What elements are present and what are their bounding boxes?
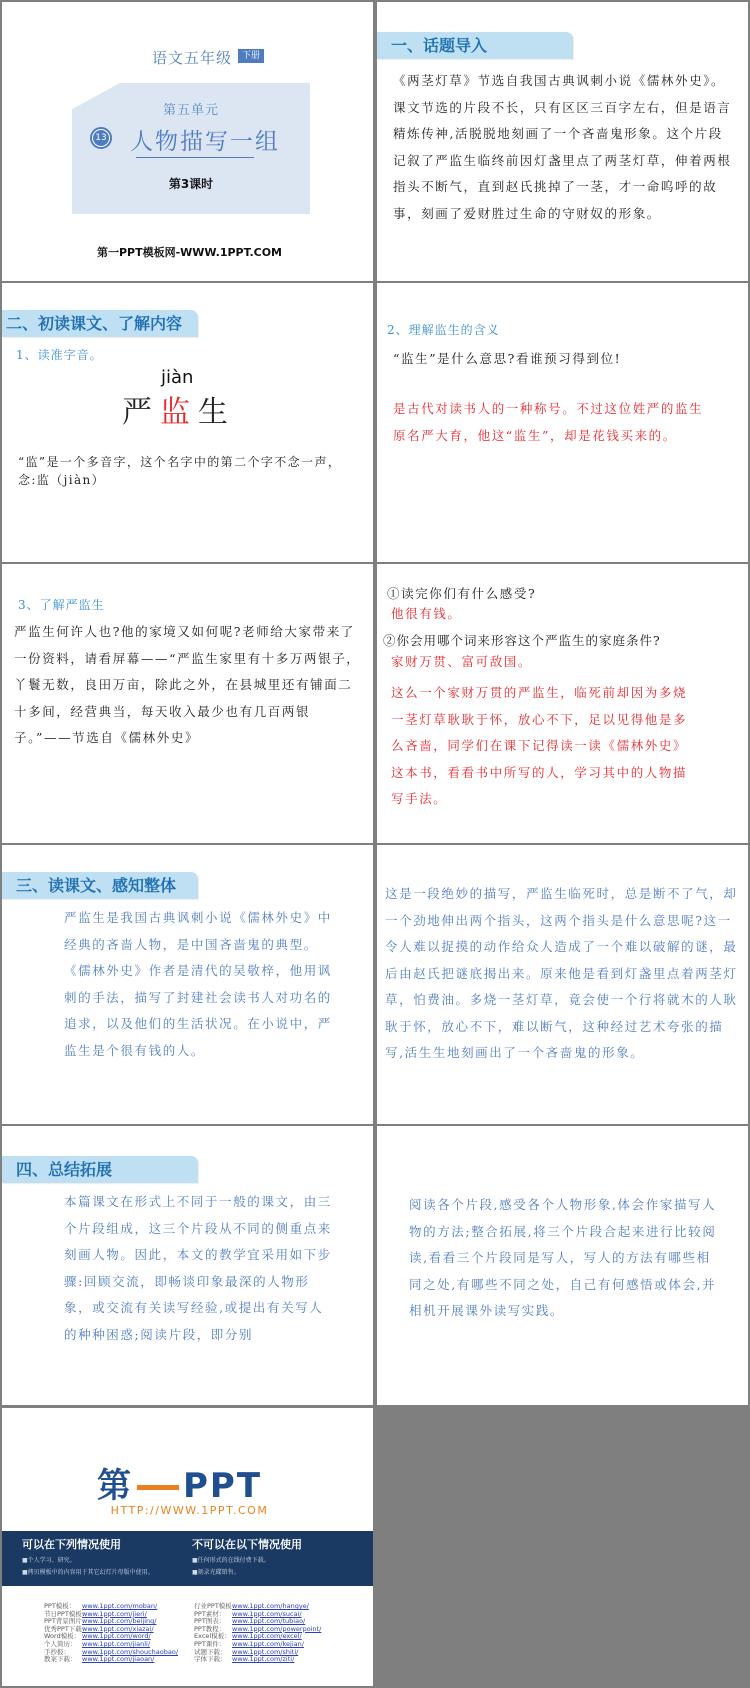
- lesson-number: 13: [93, 130, 109, 146]
- section-header: 四、总结拓展: [2, 1156, 198, 1183]
- section-header: 一、话题导入: [377, 32, 573, 59]
- character-yan: 严: [122, 387, 152, 431]
- pinyin: jiàn: [161, 367, 193, 388]
- slide-grid: 语文五年级 下册 第五单元 13 人物描写一组 第3课时 第一PPT模板网-WW…: [0, 0, 750, 1688]
- analysis-paragraph: 这是一段绝妙的描写，严监生临死时，总是断不了气，却一个劲地伸出两个指头，这两个指…: [385, 881, 740, 1067]
- empty-cell: [377, 1408, 748, 1686]
- slide-cover[interactable]: 语文五年级 下册 第五单元 13 人物描写一组 第3课时 第一PPT模板网-WW…: [2, 2, 373, 281]
- brand-logo: 第PPT: [97, 1458, 262, 1507]
- allowed-title: 可以在下列情况使用: [22, 1536, 154, 1552]
- logo-dash: [137, 1485, 179, 1490]
- slide-jiansheng-meaning[interactable]: 2、理解监生的含义 “监生”是什么意思?看谁预习得到位! 是古代对读书人的一种称…: [377, 283, 748, 562]
- slide-first-reading[interactable]: 二、初读课文、了解内容 1、读准字音。 jiàn 严 监 生 “监”是一个多音字…: [2, 283, 373, 562]
- subheading: 3、了解严监生: [18, 596, 105, 613]
- usage-terms-panel: 可以在下列情况使用 ■个人学习、研究。 ■拷贝模板中的内容用于其它幻灯片母版中使…: [2, 1531, 373, 1586]
- slide-discussion[interactable]: ①读完你们有什么感受? 他很有钱。 ②你会用哪个词来形容这个严监生的家庭条件? …: [377, 564, 748, 843]
- section-header: 二、初读课文、了解内容: [2, 310, 198, 337]
- allowed-item: ■拷贝模板中的内容用于其它幻灯片母版中使用。: [22, 1567, 154, 1576]
- background-paragraph: 严监生何许人也?他的家境又如何呢?老师给大家带来了一份资料，请看屏幕——“严监生…: [14, 619, 364, 752]
- character-jian: 监: [160, 387, 190, 431]
- answer: 是古代对读书人的一种称号。不过这位姓严的监生原名严大育，他这“监生”，却是花钱买…: [393, 396, 713, 449]
- slide-template-credit[interactable]: 第PPT HTTP://WWW.1PPT.COM 可以在下列情况使用 ■个人学习…: [2, 1408, 373, 1686]
- section-header: 三、读课文、感知整体: [2, 872, 198, 899]
- link-list-left: PPT模板：www.1ppt.com/moban/ 节日PPT模板：www.1p…: [44, 1603, 178, 1664]
- question-2: ②你会用哪个词来形容这个严监生的家庭条件?: [383, 631, 745, 651]
- logo-url[interactable]: HTTP://WWW.1PPT.COM: [2, 1504, 373, 1517]
- pronunciation-note: “监”是一个多音字，这个名字中的第二个字不念一声，念:监（jiàn）: [18, 453, 358, 489]
- link-row: 教案下载：www.1ppt.com/jiaoan/: [44, 1656, 178, 1664]
- unit-label: 第五单元: [72, 99, 310, 118]
- disallowed-usage: 不可以在以下情况使用 ■任何形式的在线付费下载。 ■刻录光碟销售。: [192, 1536, 302, 1576]
- summary-paragraph: 严监生是我国古典讽刺小说《儒林外史》中经典的吝啬人物，是中国吝啬鬼的典型。《儒林…: [64, 905, 334, 1064]
- summary-paragraph: 本篇课文在形式上不同于一般的课文，由三个片段组成，这三个片段从不同的侧重点来刻画…: [64, 1189, 334, 1348]
- question-1: ①读完你们有什么感受?: [387, 584, 742, 604]
- grade-label: 语文五年级: [152, 47, 232, 68]
- disallowed-item: ■任何形式的在线付费下载。: [192, 1555, 302, 1564]
- subheading: 1、读准字音。: [16, 346, 103, 363]
- answer-1: 他很有钱。: [391, 604, 746, 624]
- allowed-item: ■个人学习、研究。: [22, 1555, 154, 1564]
- intro-paragraph: 《两茎灯草》节选自我国古典讽刺小说《儒林外史》。课文节选的片段不长，只有区区三百…: [393, 68, 736, 227]
- title-card: 第五单元 13 人物描写一组 第3课时: [72, 83, 310, 214]
- slide-about-yan[interactable]: 3、了解严监生 严监生何许人也?他的家境又如何呢?老师给大家带来了一份资料，请看…: [2, 564, 373, 843]
- slide-overall-reading[interactable]: 三、读课文、感知整体 严监生是我国古典讽刺小说《儒林外史》中经典的吝啬人物，是中…: [2, 845, 373, 1124]
- period-label: 第3课时: [72, 175, 310, 192]
- conclusion: 这么一个家财万贯的严监生，临死前却因为多烧一茎灯草耿耿于怀，放心不下，足以见得他…: [391, 680, 691, 813]
- slide-topic-intro[interactable]: 一、话题导入 《两茎灯草》节选自我国古典讽刺小说《儒林外史》。课文节选的片段不长…: [377, 2, 748, 281]
- link-list-right: 行业PPT模板：www.1ppt.com/hangye/ PPT素材：www.1…: [194, 1603, 321, 1664]
- allowed-usage: 可以在下列情况使用 ■个人学习、研究。 ■拷贝模板中的内容用于其它幻灯片母版中使…: [22, 1536, 154, 1576]
- logo-text-right: PPT: [183, 1466, 262, 1506]
- slide-summary[interactable]: 四、总结拓展 本篇课文在形式上不同于一般的课文，由三个片段组成，这三个片段从不同…: [2, 1126, 373, 1405]
- logo-text-left: 第: [97, 1466, 133, 1506]
- answer-2: 家财万贯、富可敌国。: [391, 652, 746, 672]
- volume-tag: 下册: [238, 49, 264, 63]
- link[interactable]: www.1ppt.com/ziti/: [232, 1655, 294, 1663]
- question: “监生”是什么意思?看谁预习得到位!: [393, 346, 736, 373]
- title-underline: [136, 157, 254, 158]
- link-row: 字体下载：www.1ppt.com/ziti/: [194, 1656, 321, 1664]
- disallowed-title: 不可以在以下情况使用: [192, 1536, 302, 1552]
- character-sheng: 生: [198, 387, 228, 431]
- extension-paragraph: 阅读各个片段,感受各个人物形象,体会作家描写人物的方法;整合拓展,将三个片段合起…: [409, 1192, 719, 1325]
- lesson-title: 人物描写一组: [130, 123, 280, 156]
- subheading: 2、理解监生的含义: [387, 321, 500, 338]
- disallowed-item: ■刻录光碟销售。: [192, 1567, 302, 1576]
- link[interactable]: www.1ppt.com/jiaoan/: [82, 1655, 154, 1663]
- slide-analysis[interactable]: 这是一段绝妙的描写，严监生临死时，总是断不了气，却一个劲地伸出两个指头，这两个指…: [377, 845, 748, 1124]
- slide-extension[interactable]: 阅读各个片段,感受各个人物形象,体会作家描写人物的方法;整合拓展,将三个片段合起…: [377, 1126, 748, 1405]
- lesson-number-badge: 13: [90, 127, 112, 149]
- site-credit: 第一PPT模板网-WWW.1PPT.COM: [2, 244, 373, 260]
